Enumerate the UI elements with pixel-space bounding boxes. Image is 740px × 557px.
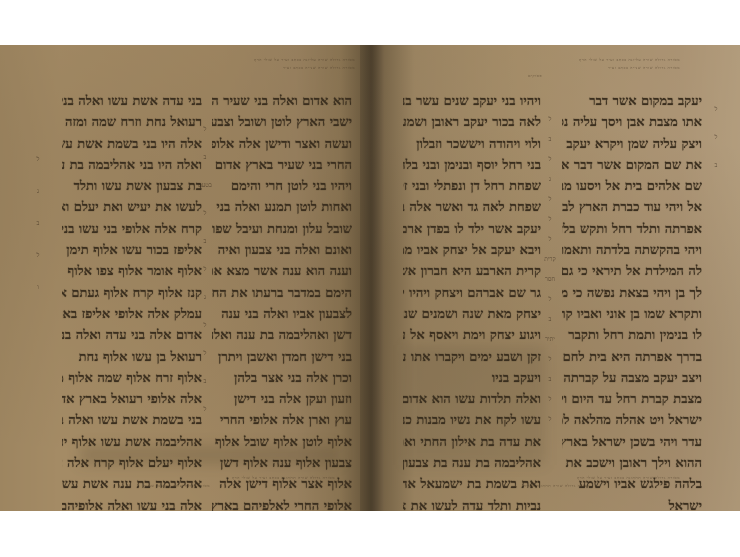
text-line: בני עדה אשת עשו ואלה בני <box>62 91 202 112</box>
text-line: ויהיו בני לוטן חרי והימם <box>212 176 352 197</box>
right-top-masorah-2: מסורה גדולה שורה שנייה בכתב זעיר <box>405 65 680 71</box>
text-line: קרח אלה אלופי בני עשו בני <box>62 219 202 240</box>
book-gutter <box>360 45 384 511</box>
text-line: יעקב אשר ילד לו בפדן ארם <box>403 219 541 240</box>
text-line: וענה הוא ענה אשר מצא את <box>212 261 352 282</box>
masorah-note: ב <box>28 219 48 229</box>
masorah-note: ב <box>192 153 218 163</box>
masorah-note: ב <box>192 377 218 387</box>
masorah-note: ל <box>536 115 564 125</box>
text-line: הוא אדום ואלה בני שעיר החרי <box>212 91 352 112</box>
left-top-masorah-1: מסורה גדולה שורה עליונה בכתב זעיר על שול… <box>65 57 355 63</box>
text-line: ויבא יעקב אל יצחק אביו ממרא <box>403 240 541 261</box>
text-line: וזעון ועקן אלה בני דישן <box>212 389 352 410</box>
text-line: את שם המקום אשר דבר אתו <box>562 155 702 176</box>
masorah-note: ב <box>536 135 564 145</box>
ink-bleed-shadow <box>80 445 340 465</box>
masorah-note: ל <box>536 235 564 245</box>
left-bottom-masorah-2: מסורה גדולה שורה תחתונה שנייה <box>80 483 210 489</box>
masorah-note: ל <box>536 155 564 165</box>
right-bottom-masorah-1: מסורה גדולה שורה תחתונה בכתב זעיר על שול… <box>410 475 680 481</box>
masorah-note: יתיר <box>536 335 564 345</box>
right-page-outer-margin-notes: ללב <box>706 105 726 205</box>
text-line: רעואל בן עשו אלוף נחת <box>62 347 202 368</box>
text-line: עוץ וארן אלה אלופי החרי <box>212 410 352 431</box>
text-line: ויהיו בני יעקב שנים עשר בני <box>403 91 541 112</box>
masorah-note: ל <box>192 209 218 219</box>
text-line: ואונם ואלה בני צבעון ואיה <box>212 240 352 261</box>
text-line: קנז אלוף קרח אלוף געתם אלוף <box>62 283 202 304</box>
text-line: אדום אלה בני עדה ואלה בני <box>62 325 202 346</box>
text-line: לעשו את יעיש ואת יעלם ואת <box>62 197 202 218</box>
text-line: יצחק מאת שנה ושמנים שנה <box>403 304 541 325</box>
masorah-note: ב <box>192 237 218 247</box>
text-line: הימם במדבר ברעתו את החמרים <box>212 283 352 304</box>
masorah-note: ג <box>536 175 564 185</box>
right-top-masorah-center: פסוקים <box>515 73 555 79</box>
text-line: שפחת רחל דן ונפתלי ובני זלפה <box>403 176 541 197</box>
text-line: בת צבעון אשת עשו ותלד <box>62 176 202 197</box>
masorah-note: ל <box>28 251 48 261</box>
masorah-note: ל <box>192 125 218 135</box>
text-line: אלוף אומר אלוף צפו אלוף <box>62 261 202 282</box>
right-bottom-masorah-2: מסורה גדולה שורה תחתונה שנייה <box>410 483 590 489</box>
text-line: גר שם אברהם ויצחק ויהיו ימי <box>403 283 541 304</box>
masorah-note: ל <box>192 405 218 415</box>
text-line: לו בנימין ותמת רחל ותקבר <box>562 325 702 346</box>
text-line: מצבת קברת רחל עד היום ויסע <box>562 389 702 410</box>
text-line: ויהי בהקשתה בלדתה ותאמר <box>562 240 702 261</box>
left-page-outer-margin-notes: לגבלו <box>28 155 48 355</box>
text-line: רעואל נחת וזרח שמה ומזה <box>62 112 202 133</box>
text-line: אלה בני עשו ואלה אלופיהם <box>62 496 202 511</box>
masorah-note: ג <box>28 187 48 197</box>
masorah-note: ל <box>28 155 48 165</box>
text-line: ישראל <box>562 496 702 511</box>
masorah-note: ו <box>28 283 48 293</box>
text-line: קרית הארבע היא חברון אשר <box>403 261 541 282</box>
left-top-masorah-2: מסורה גדולה שורה שנייה בכתב זעיר <box>65 65 355 71</box>
masorah-note: ב <box>706 161 726 171</box>
masorah-note: ל <box>192 321 218 331</box>
text-line: ישבי הארץ לוטן ושובל וצבעון <box>212 112 352 133</box>
text-line: ואחות לוטן תמנע ואלה בני <box>212 197 352 218</box>
text-line: בני דישן חמדן ואשבן ויתרן <box>212 347 352 368</box>
text-line: עדר ויהי בשכן ישראל בארץ <box>562 432 702 453</box>
masorah-note: ל <box>536 295 564 305</box>
text-line: ישראל ויט אהלה מהלאה למגדל <box>562 410 702 431</box>
text-line: אלוף זרח אלוף שמה אלוף מזה <box>62 368 202 389</box>
text-line: ואלה היו בני אהליבמה בת ענה <box>62 155 202 176</box>
text-line: שם אלהים בית אל ויסעו מבית <box>562 176 702 197</box>
text-line: אתו מצבת אבן ויסך עליה נסך <box>562 112 702 133</box>
masorah-note: ל <box>192 349 218 359</box>
text-line: אלה היו בני בשמת אשת עשו <box>62 134 202 155</box>
text-line: דשן ואהליבמה בת ענה ואלה <box>212 325 352 346</box>
text-line: שובל עלון ומנחת ועיבל שפו <box>212 219 352 240</box>
masorah-note: קרית <box>536 255 564 265</box>
text-line: לה המילדת אל תיראי כי גם זה <box>562 261 702 282</box>
masorah-note: ל <box>192 265 218 275</box>
masorah-note: ל <box>706 133 726 143</box>
masorah-note: ל <box>706 105 726 115</box>
text-line: לצבעון אביו ואלה בני ענה <box>212 304 352 325</box>
text-line: ויצק עליה שמן ויקרא יעקב <box>562 134 702 155</box>
masorah-note: חסר <box>536 275 564 285</box>
text-line: לאה בכור יעקב ראובן ושמעון <box>403 112 541 133</box>
manuscript-spread: מסורה גדולה שורה עליונה בכתב זעיר על שול… <box>0 45 740 511</box>
masorah-note: ב <box>536 315 564 325</box>
text-line: אל ויהי עוד כברת הארץ לבוא <box>562 197 702 218</box>
text-line: עמלק אלה אלופי אליפז בארץ <box>62 304 202 325</box>
right-top-masorah-1: מסורה גדולה שורה עליונה בכתב זעיר על שול… <box>405 57 680 63</box>
text-line: בני רחל יוסף ובנימן ובני בלהה <box>403 155 541 176</box>
masorah-note: ל <box>536 195 564 205</box>
text-line: יעקב במקום אשר דבר <box>562 91 702 112</box>
text-line: שפחת לאה גד ואשר אלה בני <box>403 197 541 218</box>
text-line: ויצב יעקב מצבה על קברתה היא <box>562 368 702 389</box>
masorah-note: ג <box>192 293 218 303</box>
text-line: לך בן ויהי בצאת נפשה כי מתה <box>562 283 702 304</box>
text-line: ההוא וילך ראובן וישכב את <box>562 453 702 474</box>
text-line: החרי בני שעיר בארץ אדום <box>212 155 352 176</box>
text-line: אלופי החרי לאלפיהם בארץ <box>212 496 352 511</box>
text-line: וכרן אלה בני אצר בלהן <box>212 368 352 389</box>
text-line: בני בשמת אשת עשו ואלה בני <box>62 410 202 431</box>
masorah-note: בטעם <box>192 181 218 191</box>
masorah-note: ל <box>536 215 564 225</box>
text-line: ולוי ויהודה ויששכר וזבלון <box>403 134 541 155</box>
text-line: בדרך אפרתה היא בית לחם <box>562 347 702 368</box>
text-line: אפרתה ותלד רחל ותקש בלדתה <box>562 219 702 240</box>
right-page-right-column: יעקב במקום אשר דבראתו מצבת אבן ויסך עליה… <box>562 91 702 511</box>
left-bottom-masorah-1: מסורה גדולה שורה תחתונה בכתב זעיר על שול… <box>85 475 335 481</box>
water-stain <box>405 345 545 465</box>
text-line: ויגוע יצחק וימת ויאסף אל עמיו <box>403 325 541 346</box>
left-page-inter-column-notes: לבבטעםלבלגללבל <box>192 125 218 475</box>
text-line: ותקרא שמו בן אוני ואביו קרא <box>562 304 702 325</box>
text-line: ועשה ואצר ודישן אלה אלופי <box>212 134 352 155</box>
text-line: אליפז בכור עשו אלוף תימן <box>62 240 202 261</box>
text-line: אלה אלופי רעואל בארץ אדום אלה <box>62 389 202 410</box>
text-line: נביות ותלד עדה לעשו את אליפז <box>403 496 541 511</box>
